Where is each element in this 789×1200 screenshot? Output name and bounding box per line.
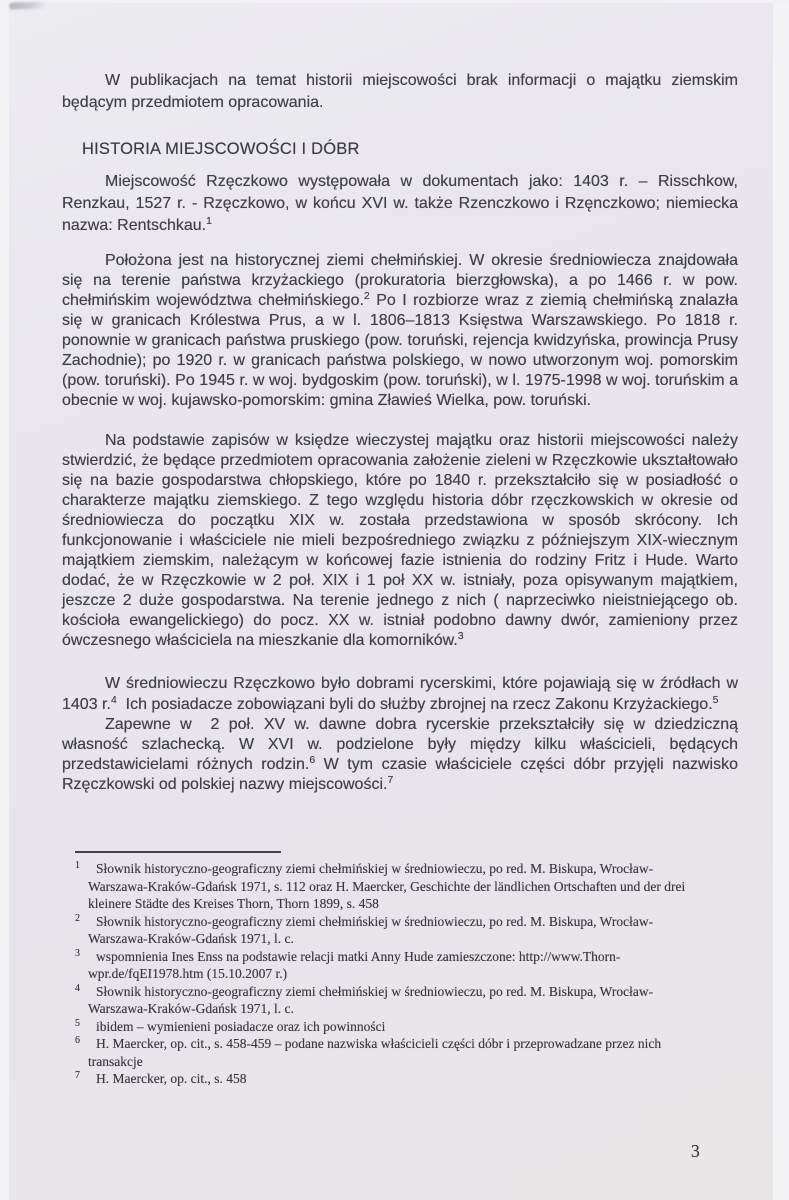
footnote-item: 4Słownik historyczno-geograficzny ziemi … [62, 983, 710, 1018]
footnote-item: 5ibidem – wymienieni posiadacze oraz ich… [62, 1018, 710, 1036]
footnote-item: 7H. Maercker, op. cit., s. 458 [62, 1070, 710, 1088]
footnote-item: 1Słownik historyczno-geograficzny ziemi … [62, 860, 710, 913]
paragraph-location-history: Położona jest na historycznej ziemi cheł… [62, 251, 738, 411]
footnote-separator [75, 851, 281, 853]
footnote-text: H. Maercker, op. cit., s. 458 [96, 1071, 247, 1086]
footnote-ref-6: 6 [309, 754, 315, 766]
intro-text: W publikacjach na temat historii miejsco… [62, 72, 738, 111]
footnote-ref-3: 3 [458, 630, 464, 642]
footnote-number: 6 [75, 1032, 80, 1050]
footnote-number: 3 [75, 945, 80, 963]
scan-edge-right [773, 0, 789, 1200]
paragraph-knightly-estate: W średniowieczu Rzęczkowo było dobrami r… [62, 673, 738, 715]
paragraph-text: Na podstawie zapisów w księdze wieczyste… [62, 432, 738, 649]
footnotes-section: 1Słownik historyczno-geograficzny ziemi … [62, 851, 710, 1088]
footnote-ref-5: 5 [713, 694, 719, 706]
paragraph-estate-origin: Na podstawie zapisów w księdze wieczyste… [62, 431, 738, 651]
footnote-number: 2 [75, 910, 80, 928]
footnote-item: 2Słownik historyczno-geograficzny ziemi … [62, 913, 710, 948]
scanned-document-page: { "intro": { "text": "W publikacjach na … [0, 0, 789, 1200]
footnote-text: Słownik historyczno-geograficzny ziemi c… [88, 914, 653, 947]
footnote-ref-2: 2 [364, 290, 370, 302]
footnote-text: Słownik historyczno-geograficzny ziemi c… [88, 984, 653, 1017]
paragraph-text: Ich posiadacze zobowiązani byli do służb… [117, 696, 713, 713]
footnote-text: ibidem – wymienieni posiadacze oraz ich … [96, 1019, 385, 1034]
scan-smudge-artifact [9, 1, 47, 9]
footnote-text: Słownik historyczno-geograficzny ziemi c… [88, 861, 685, 911]
footnote-item: 6H. Maercker, op. cit., s. 458-459 – pod… [62, 1035, 710, 1070]
footnote-text: wspomnienia Ines Enss na podstawie relac… [88, 949, 620, 982]
paragraph-noble-ownership: Zapewne w 2 poł. XV w. dawne dobra rycer… [62, 715, 738, 795]
paragraph-text: Po I rozbiorze wraz z ziemią chełmińską … [62, 292, 738, 409]
footnote-ref-7: 7 [387, 774, 393, 786]
footnote-number: 1 [75, 857, 80, 875]
footnote-number: 4 [75, 980, 80, 998]
footnote-number: 5 [75, 1015, 80, 1033]
section-heading: HISTORIA MIEJSCOWOŚCI I DÓBR [82, 140, 738, 158]
footnote-item: 3wspomnienia Ines Enss na podstawie rela… [62, 948, 710, 983]
paragraph-text: Miejscowość Rzęczkowo występowała w doku… [62, 173, 738, 234]
footnote-ref-1: 1 [206, 215, 212, 227]
document-content: W publikacjach na temat historii miejsco… [62, 0, 738, 1088]
footnote-number: 7 [75, 1067, 80, 1085]
page-number: 3 [691, 1141, 700, 1162]
scan-edge-left [0, 0, 9, 1200]
footnote-text: H. Maercker, op. cit., s. 458-459 – poda… [88, 1036, 661, 1069]
paragraph-village-names: Miejscowość Rzęczkowo występowała w doku… [62, 171, 738, 237]
footnote-ref-4: 4 [111, 694, 117, 706]
intro-paragraph: W publikacjach na temat historii miejsco… [62, 70, 738, 114]
